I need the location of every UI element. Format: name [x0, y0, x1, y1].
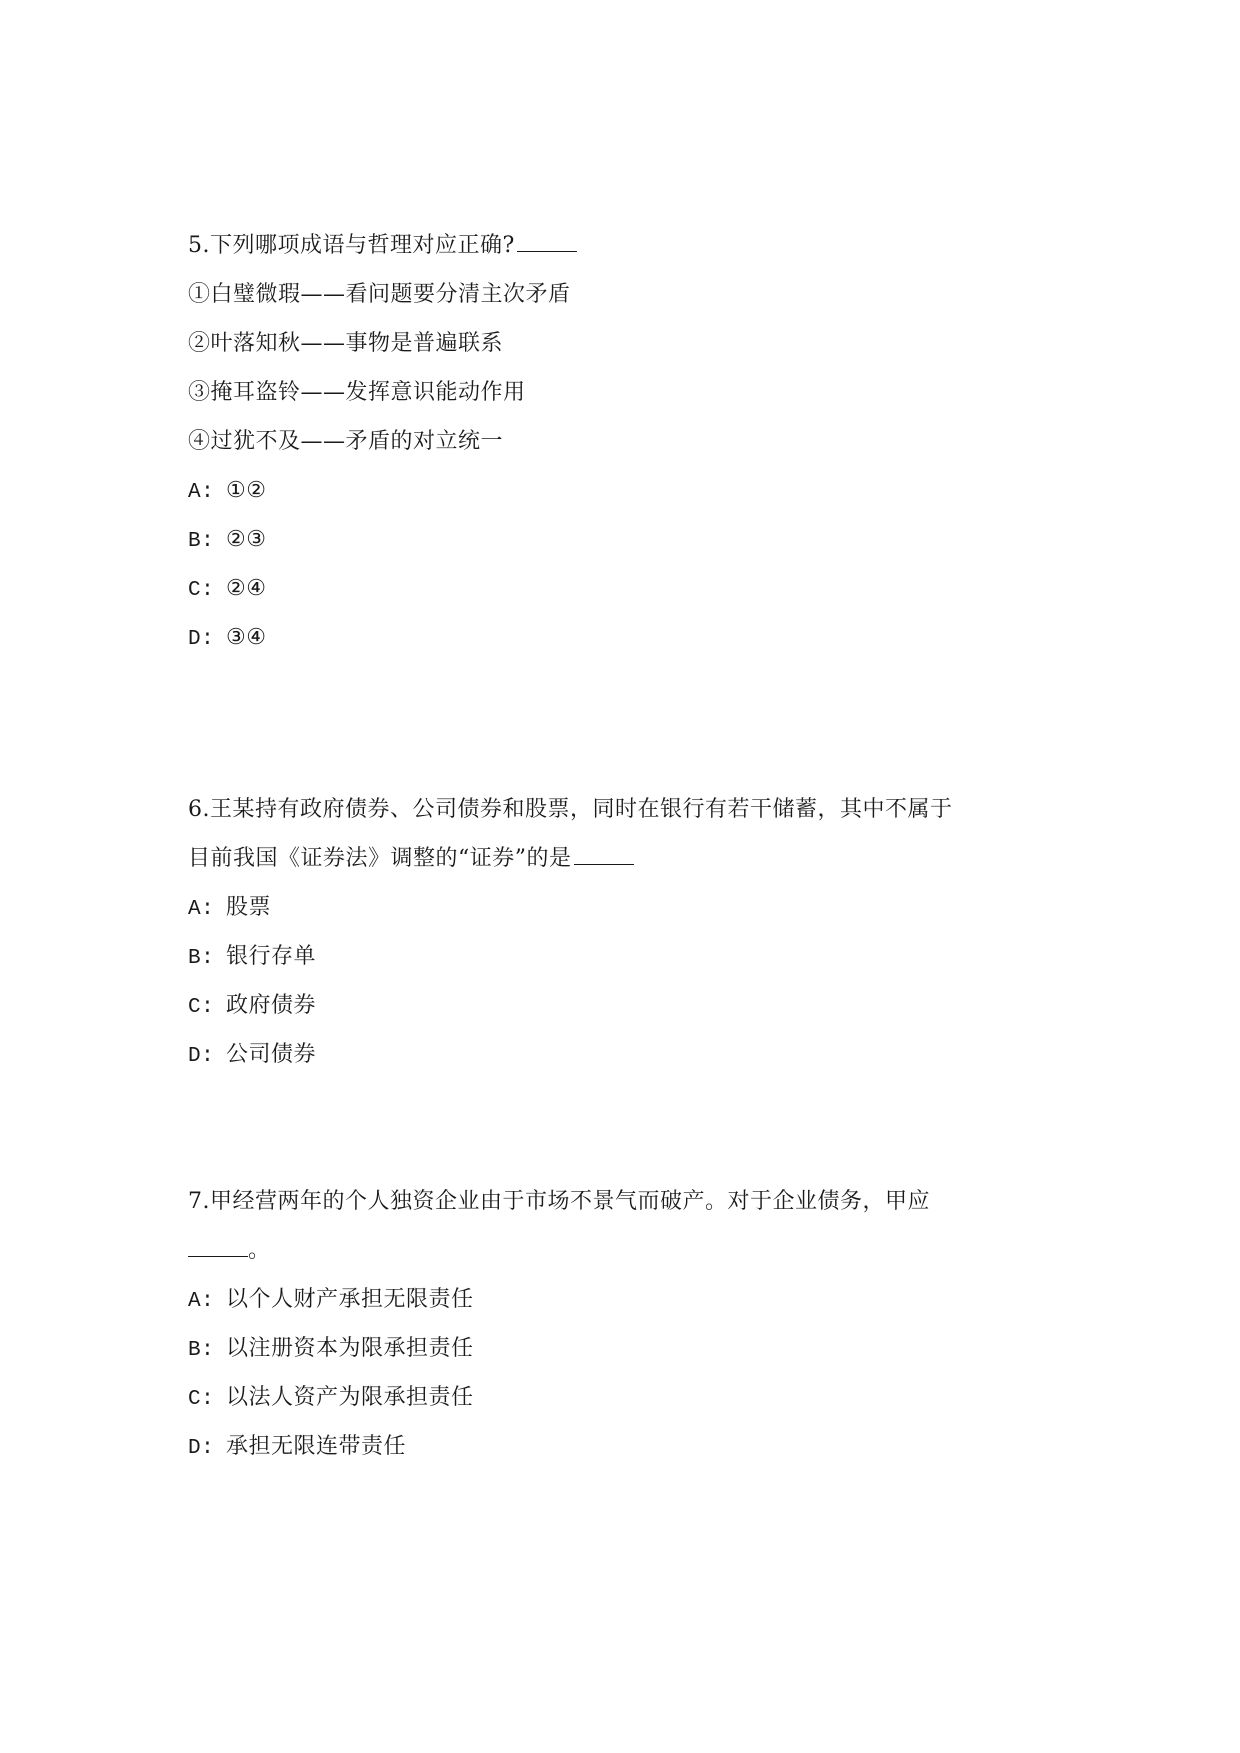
option-c: C:②④ [188, 564, 1068, 613]
question-6: 6.王某持有政府债券、公司债券和股票，同时在银行有若干储蓄，其中不属于 目前我国… [188, 785, 1068, 1079]
option-letter: C: [188, 1375, 226, 1424]
option-letter: D: [188, 615, 226, 664]
option-letter: A: [188, 885, 226, 934]
option-text: 承担无限连带责任 [226, 1434, 406, 1459]
stem-text: 。 [248, 1238, 271, 1263]
option-a: A:①② [188, 466, 1068, 515]
question-stem-line-1: 6.王某持有政府债券、公司债券和股票，同时在银行有若干储蓄，其中不属于 [188, 785, 1068, 834]
option-text: 政府债券 [226, 993, 316, 1018]
document-page: 5.下列哪项成语与哲理对应正确? ①白璧微瑕——看问题要分清主次矛盾 ②叶落知秋… [0, 0, 1240, 1753]
option-letter: D: [188, 1424, 226, 1473]
option-letter: D: [188, 1032, 226, 1081]
option-a: A:股票 [188, 883, 1068, 932]
option-d: D:③④ [188, 613, 1068, 662]
option-d: D:公司债券 [188, 1030, 1068, 1079]
option-b: B:银行存单 [188, 932, 1068, 981]
statement-1: ①白璧微瑕——看问题要分清主次矛盾 [188, 270, 1068, 319]
option-b: B:②③ [188, 515, 1068, 564]
option-letter: A: [188, 468, 226, 517]
question-stem-line-2: 。 [188, 1226, 1068, 1275]
question-stem: 5.下列哪项成语与哲理对应正确? [188, 221, 1068, 270]
question-stem-line-1: 7.甲经营两年的个人独资企业由于市场不景气而破产。对于企业债务，甲应 [188, 1177, 1068, 1226]
option-c: C:以法人资产为限承担责任 [188, 1373, 1068, 1422]
option-letter: C: [188, 566, 226, 615]
option-text: ①② [226, 478, 266, 503]
question-stem-line-2: 目前我国《证券法》调整的“证券”的是 [188, 834, 1068, 883]
question-7: 7.甲经营两年的个人独资企业由于市场不景气而破产。对于企业债务，甲应 。 A:以… [188, 1177, 1068, 1471]
option-c: C:政府债券 [188, 981, 1068, 1030]
option-text: 以注册资本为限承担责任 [226, 1336, 474, 1361]
answer-blank [517, 229, 577, 252]
option-letter: B: [188, 517, 226, 566]
option-text: 股票 [226, 895, 271, 920]
option-d: D:承担无限连带责任 [188, 1422, 1068, 1471]
option-letter: B: [188, 934, 226, 983]
answer-blank [188, 1234, 248, 1257]
statement-4: ④过犹不及——矛盾的对立统一 [188, 417, 1068, 466]
option-letter: A: [188, 1277, 226, 1326]
option-text: 公司债券 [226, 1042, 316, 1067]
option-a: A:以个人财产承担无限责任 [188, 1275, 1068, 1324]
option-letter: B: [188, 1326, 226, 1375]
stem-text: 5.下列哪项成语与哲理对应正确? [188, 233, 515, 258]
answer-blank [574, 842, 634, 865]
option-text: 以个人财产承担无限责任 [226, 1287, 474, 1312]
statement-2: ②叶落知秋——事物是普遍联系 [188, 319, 1068, 368]
option-text: 银行存单 [226, 944, 316, 969]
option-text: ②③ [226, 527, 266, 552]
option-letter: C: [188, 983, 226, 1032]
option-text: 以法人资产为限承担责任 [226, 1385, 474, 1410]
option-text: ②④ [226, 576, 266, 601]
question-5: 5.下列哪项成语与哲理对应正确? ①白璧微瑕——看问题要分清主次矛盾 ②叶落知秋… [188, 221, 1068, 662]
stem-text: 目前我国《证券法》调整的“证券”的是 [188, 846, 572, 871]
option-b: B:以注册资本为限承担责任 [188, 1324, 1068, 1373]
statement-3: ③掩耳盗铃——发挥意识能动作用 [188, 368, 1068, 417]
option-text: ③④ [226, 625, 266, 650]
